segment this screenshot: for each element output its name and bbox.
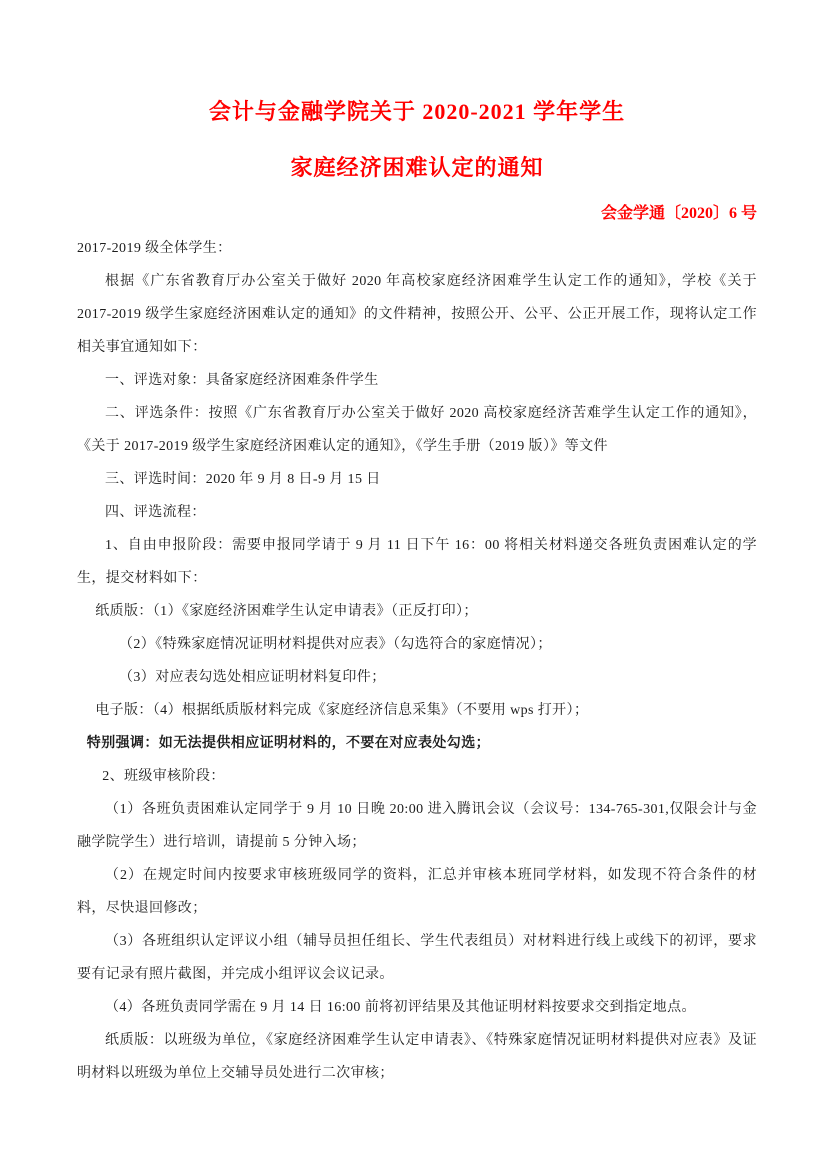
review-step-1: （1）各班负责困难认定同学于 9 月 10 日晚 20:00 进入腾讯会议（会议… bbox=[77, 793, 757, 859]
stage-1-application: 1、自由申报阶段：需要申报同学请于 9 月 11 日下午 16：00 将相关材料… bbox=[77, 529, 757, 595]
salutation: 2017-2019 级全体学生： bbox=[77, 232, 757, 265]
special-note: 特别强调：如无法提供相应证明材料的，不要在对应表处勾选； bbox=[77, 727, 757, 760]
intro-paragraph: 根据《广东省教育厅办公室关于做好 2020 年高校家庭经济困难学生认定工作的通知… bbox=[77, 265, 757, 364]
review-step-2: （2）在规定时间内按要求审核班级同学的资料，汇总并审核本班同学材料，如发现不符合… bbox=[77, 859, 757, 925]
stage-2-review: 2、班级审核阶段： bbox=[77, 760, 757, 793]
document-page: 会计与金融学院关于 2020-2021 学年学生 家庭经济困难认定的通知 会金学… bbox=[0, 0, 827, 1169]
document-body: 2017-2019 级全体学生： 根据《广东省教育厅办公室关于做好 2020 年… bbox=[77, 232, 757, 1090]
material-paper-1: 纸质版：（1）《家庭经济困难学生认定申请表》（正反打印）； bbox=[77, 595, 757, 628]
section-4-process: 四、评选流程： bbox=[77, 496, 757, 529]
paper-submission: 纸质版：以班级为单位，《家庭经济困难学生认定申请表》、《特殊家庭情况证明材料提供… bbox=[77, 1024, 757, 1090]
document-title-line-2: 家庭经济困难认定的通知 bbox=[77, 140, 757, 196]
material-electronic-4: 电子版：（4）根据纸质版材料完成《家庭经济信息采集》（不要用 wps 打开）； bbox=[77, 694, 757, 727]
document-number: 会金学通〔2020〕6 号 bbox=[77, 196, 757, 232]
document-title-line-1: 会计与金融学院关于 2020-2021 学年学生 bbox=[77, 84, 757, 140]
section-1-target: 一、评选对象：具备家庭经济困难条件学生 bbox=[77, 364, 757, 397]
section-2-criteria: 二、评选条件：按照《广东省教育厅办公室关于做好 2020 高校家庭经济苦难学生认… bbox=[77, 397, 757, 463]
material-paper-2: （2）《特殊家庭情况证明材料提供对应表》（勾选符合的家庭情况）； bbox=[77, 628, 757, 661]
review-step-3: （3）各班组织认定评议小组（辅导员担任组长、学生代表组员）对材料进行线上或线下的… bbox=[77, 925, 757, 991]
review-step-4: （4）各班负责同学需在 9 月 14 日 16:00 前将初评结果及其他证明材料… bbox=[77, 991, 757, 1024]
section-3-time: 三、评选时间：2020 年 9 月 8 日-9 月 15 日 bbox=[77, 463, 757, 496]
material-paper-3: （3）对应表勾选处相应证明材料复印件； bbox=[77, 661, 757, 694]
